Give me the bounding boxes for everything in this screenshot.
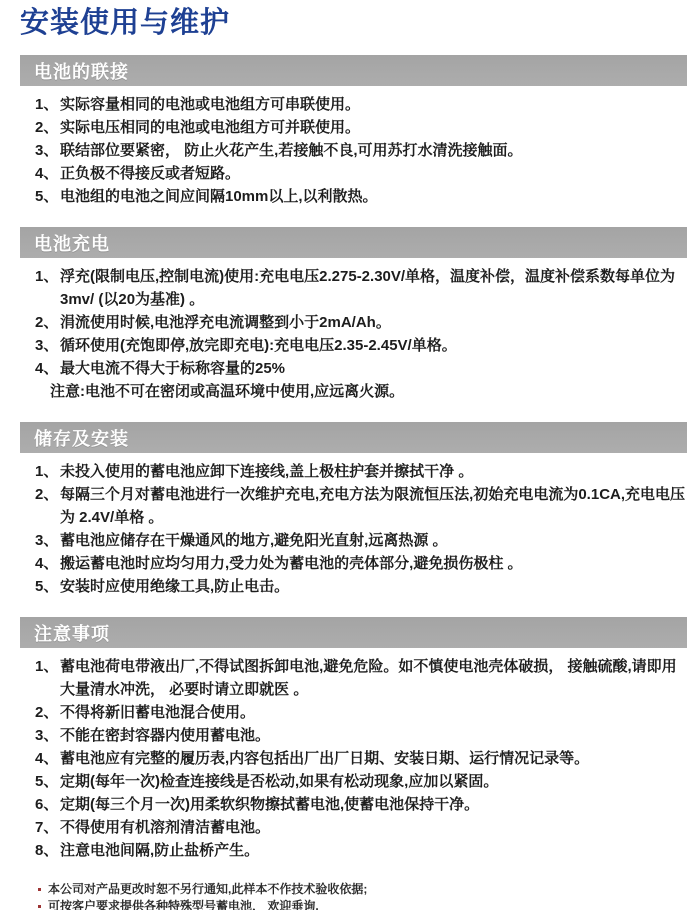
list-item: 4、正负极不得接反或者短路。 [35,162,690,185]
list-item-text: 定期(每年一次)检查连接线是否松动,如果有松动现象,应加以紧固。 [60,773,498,790]
section-header-battery-charging: 电池充电 [20,227,687,258]
list-item-number: 3、 [35,334,58,357]
list-item-number: 8、 [35,839,58,862]
list-item-number: 3、 [35,724,58,747]
list-item-number: 1、 [35,93,58,116]
list-item: 4、蓄电池应有完整的履历表,内容包括出厂出厂日期、安装日期、运行情况记录等。 [35,747,690,770]
list-item: 5、安装时应使用绝缘工具,防止电击。 [35,575,690,598]
list-item-number: 1、 [35,460,58,483]
list-item-text: 联结部位要紧密， 防止火花产生,若接触不良,可用苏打水清洗接触面。 [60,142,523,159]
list-item-number: 7、 [35,816,58,839]
section-header-label: 注意事项 [34,620,110,646]
list-item: 7、不得使用有机溶剂清洁蓄电池。 [35,816,690,839]
list-item: 1、实际容量相同的电池或电池组方可串联使用。 [35,93,690,116]
list-item-text: 蓄电池应储存在干燥通风的地方,避免阳光直射,远离热源 。 [60,532,448,549]
list-item: 3、循环使用(充饱即停,放完即充电):充电电压2.35-2.45V/单格。 [35,334,690,357]
list-item-text: 浮充(限制电压,控制电流)使用:充电电压2.275-2.30V/单格，温度补偿，… [60,268,675,308]
list-item-text: 最大电流不得大于标称容量的25% [60,360,285,377]
list-item-number: 3、 [35,529,58,552]
list-item-number: 5、 [35,575,58,598]
list-item-text: 不能在密封容器内使用蓄电池。 [60,727,270,744]
page-title: 安装使用与维护 [20,4,690,42]
list-item: 4、搬运蓄电池时应均匀用力,受力处为蓄电池的壳体部分,避免损伤极柱 。 [35,552,690,575]
list-item-number: 4、 [35,357,58,380]
list-item: 8、注意电池间隔,防止盐桥产生。 [35,839,690,862]
list-item: 6、定期(每三个月一次)用柔软织物擦拭蓄电池,使蓄电池保持干净。 [35,793,690,816]
list-item: 2、涓流使用时候,电池浮充电流调整到小于2mA/Ah。 [35,311,690,334]
list-item: 4、最大电流不得大于标称容量的25% [35,357,690,380]
list-item-text: 安装时应使用绝缘工具,防止电击。 [60,578,289,595]
section-header-label: 电池充电 [34,230,110,256]
list-item-number: 2、 [35,701,58,724]
list-item-text: 正负极不得接反或者短路。 [60,165,240,182]
list-item-number: 4、 [35,747,58,770]
footer-note-text: 可按客户要求提供各种特殊型号蓄电池， 欢迎垂询. [48,898,319,910]
list-item-text: 注意电池间隔,防止盐桥产生。 [60,842,259,859]
list-item-text: 蓄电池荷电带液出厂,不得试图拆卸电池,避免危险。如不慎使电池壳体破损， 接触硫酸… [60,658,677,698]
list-item-text: 不得使用有机溶剂清洁蓄电池。 [60,819,270,836]
list-item-number: 4、 [35,162,58,185]
list-item: 1、蓄电池荷电带液出厂,不得试图拆卸电池,避免危险。如不慎使电池壳体破损， 接触… [35,655,690,701]
footer-note: 可按客户要求提供各种特殊型号蓄电池， 欢迎垂询. [38,898,690,910]
section-list-battery-connection: 1、实际容量相同的电池或电池组方可串联使用。 2、实际电压相同的电池或电池组方可… [35,93,690,208]
list-item: 2、实际电压相同的电池或电池组方可并联使用。 [35,116,690,139]
warning-note: 注意:电池不可在密闭或高温环境中使用,应远离火源。 [50,380,690,403]
list-item-text: 蓄电池应有完整的履历表,内容包括出厂出厂日期、安装日期、运行情况记录等。 [60,750,589,767]
list-item: 1、未投入使用的蓄电池应卸下连接线,盖上极柱护套并擦拭干净 。 [35,460,690,483]
list-item: 2、每隔三个月对蓄电池进行一次维护充电,充电方法为限流恒压法,初始充电电流为0.… [35,483,690,529]
list-item: 3、不能在密封容器内使用蓄电池。 [35,724,690,747]
list-item-number: 5、 [35,770,58,793]
list-item-text: 搬运蓄电池时应均匀用力,受力处为蓄电池的壳体部分,避免损伤极柱 。 [60,555,523,572]
list-item: 1、浮充(限制电压,控制电流)使用:充电电压2.275-2.30V/单格，温度补… [35,265,690,311]
list-item-text: 不得将新旧蓄电池混合使用。 [60,704,255,721]
footer-note-text: 本公司对产品更改时恕不另行通知,此样本不作技术验收依据; [48,881,367,898]
list-item-number: 6、 [35,793,58,816]
section-list-storage-installation: 1、未投入使用的蓄电池应卸下连接线,盖上极柱护套并擦拭干净 。 2、每隔三个月对… [35,460,690,598]
list-item-number: 4、 [35,552,58,575]
section-list-precautions: 1、蓄电池荷电带液出厂,不得试图拆卸电池,避免危险。如不慎使电池壳体破损， 接触… [35,655,690,862]
document-page: 安装使用与维护 电池的联接 1、实际容量相同的电池或电池组方可串联使用。 2、实… [0,0,700,910]
section-header-label: 储存及安装 [34,425,129,451]
list-item-text: 实际电压相同的电池或电池组方可并联使用。 [60,119,360,136]
list-item: 5、电池组的电池之间应间隔10mm以上,以利散热。 [35,185,690,208]
bullet-icon [38,888,41,891]
footer-note: 本公司对产品更改时恕不另行通知,此样本不作技术验收依据; [38,881,690,898]
list-item: 5、定期(每年一次)检查连接线是否松动,如果有松动现象,应加以紧固。 [35,770,690,793]
list-item-text: 涓流使用时候,电池浮充电流调整到小于2mA/Ah。 [60,314,391,331]
list-item-number: 5、 [35,185,58,208]
section-list-battery-charging: 1、浮充(限制电压,控制电流)使用:充电电压2.275-2.30V/单格，温度补… [35,265,690,403]
list-item-number: 1、 [35,655,58,678]
list-item: 3、蓄电池应储存在干燥通风的地方,避免阳光直射,远离热源 。 [35,529,690,552]
list-item-number: 2、 [35,483,58,506]
section-header-storage-installation: 储存及安装 [20,422,687,453]
list-item-number: 2、 [35,116,58,139]
bullet-icon [38,905,41,908]
section-header-battery-connection: 电池的联接 [20,55,687,86]
list-item-number: 1、 [35,265,58,288]
list-item-number: 2、 [35,311,58,334]
list-item-text: 每隔三个月对蓄电池进行一次维护充电,充电方法为限流恒压法,初始充电电流为0.1C… [60,486,685,526]
list-item-text: 实际容量相同的电池或电池组方可串联使用。 [60,96,360,113]
list-item-text: 定期(每三个月一次)用柔软织物擦拭蓄电池,使蓄电池保持干净。 [60,796,479,813]
list-item-text: 电池组的电池之间应间隔10mm以上,以利散热。 [60,188,378,205]
list-item-text: 循环使用(充饱即停,放完即充电):充电电压2.35-2.45V/单格。 [60,337,457,354]
list-item: 3、联结部位要紧密， 防止火花产生,若接触不良,可用苏打水清洗接触面。 [35,139,690,162]
list-item-number: 3、 [35,139,58,162]
section-header-label: 电池的联接 [34,58,129,84]
list-item: 2、不得将新旧蓄电池混合使用。 [35,701,690,724]
section-header-precautions: 注意事项 [20,617,687,648]
footer: 本公司对产品更改时恕不另行通知,此样本不作技术验收依据; 可按客户要求提供各种特… [38,881,690,910]
list-item-text: 未投入使用的蓄电池应卸下连接线,盖上极柱护套并擦拭干净 。 [60,463,473,480]
